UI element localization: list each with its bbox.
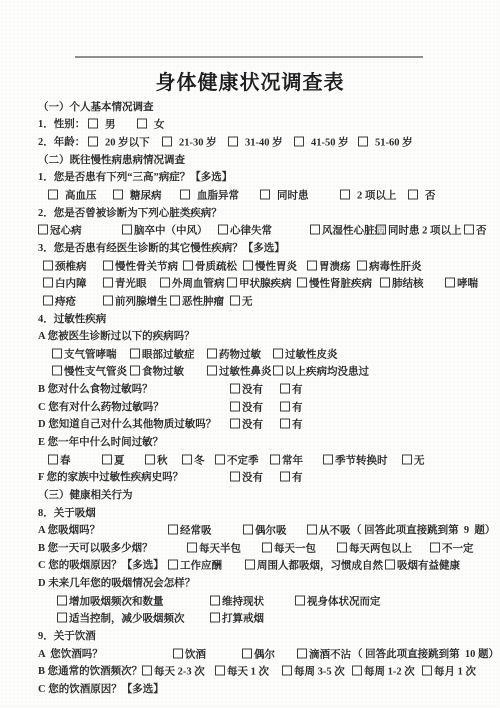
checkbox-option[interactable]: 没有: [230, 384, 263, 397]
checkbox-icon[interactable]: [103, 260, 113, 270]
checkbox-icon[interactable]: [408, 190, 418, 200]
checkbox-option[interactable]: 过敏性鼻炎: [207, 366, 272, 379]
checkbox-option[interactable]: 每周 1-2 次: [352, 666, 415, 679]
checkbox-icon[interactable]: [102, 454, 112, 464]
checkbox-icon[interactable]: [38, 225, 48, 235]
checkbox-option[interactable]: 冬: [182, 454, 205, 467]
checkbox-option[interactable]: 同时患 2 项以上: [376, 225, 462, 238]
option-label: 过敏性鼻炎: [218, 367, 272, 378]
option-label: 41-50 岁: [305, 138, 349, 149]
question-text: A 您饮酒吗？: [38, 649, 103, 661]
checkbox-icon[interactable]: [88, 119, 98, 129]
form-line: C 您的吸烟原因？【多选】工作应酬周围人都吸烟，习惯成自然吸烟有益健康: [0, 558, 500, 576]
option-label: 否: [475, 226, 487, 237]
option-label: 2 项以上: [351, 191, 396, 202]
option-label: 没有: [241, 385, 263, 396]
form-line: （二）既往慢性病患病情况调查: [0, 152, 500, 170]
page-title: 身体健康状况调查表: [0, 66, 500, 95]
checkbox-option[interactable]: 不一定: [430, 542, 474, 555]
checkbox-option[interactable]: 慢性骨关节病: [103, 260, 178, 273]
checkbox-option[interactable]: 脑卒中（中风）: [122, 225, 208, 238]
question-text: 4．过敏性疾病: [38, 314, 106, 326]
checkbox-option[interactable]: 适当控制，减少吸烟频次: [57, 613, 185, 626]
checkbox-icon[interactable]: [337, 542, 347, 552]
checkbox-option[interactable]: 青光眼: [103, 278, 147, 291]
checkbox-icon[interactable]: [310, 225, 320, 235]
option-label: 没有: [241, 420, 263, 431]
checkbox-icon[interactable]: [230, 295, 240, 305]
option-label: 前列腺增生: [114, 296, 168, 307]
form-line: A 您饮酒吗？饮酒偶尔滴酒不沾（ 回答此项直接跳到第 10 题）: [0, 646, 500, 664]
checkbox-icon[interactable]: [243, 525, 253, 535]
option-label: 慢性骨关节病: [114, 261, 178, 272]
question-text: 1．性别：: [38, 119, 85, 131]
option-label: 没有: [241, 473, 263, 484]
checkbox-icon[interactable]: [173, 648, 183, 658]
question-text: A 您被医生诊断过以下的疾病吗？: [38, 331, 195, 343]
checkbox-icon[interactable]: [103, 278, 113, 288]
checkbox-option[interactable]: 偶尔吸: [243, 525, 287, 538]
checkbox-icon[interactable]: [57, 595, 67, 605]
checkbox-icon[interactable]: [52, 348, 62, 358]
checkbox-option[interactable]: 每周 3-5 次: [282, 666, 345, 679]
option-label: 维持现状: [221, 596, 264, 607]
checkbox-icon[interactable]: [43, 278, 53, 288]
checkbox-option[interactable]: 无: [402, 454, 425, 467]
checkbox-option[interactable]: 周围人都吸烟，习惯成自然: [245, 560, 383, 573]
checkbox-option[interactable]: 偶尔: [242, 648, 275, 661]
scanned-survey-page: 身体健康状况调查表 （一）个人基本情况调查1．性别：男女2．年龄：20 岁以下2…: [0, 0, 500, 708]
form-line: 颈椎病慢性骨关节病骨质疏松慢性胃炎胃溃疡病毒性肝炎: [0, 258, 500, 276]
checkbox-icon[interactable]: [380, 278, 390, 288]
option-label: 每周 1-2 次: [363, 667, 415, 678]
checkbox-option[interactable]: 31-40 岁: [228, 137, 283, 150]
option-label: 有: [291, 473, 303, 484]
option-label: 胃溃疡: [318, 261, 351, 272]
checkbox-icon[interactable]: [57, 613, 67, 623]
option-label: 无: [413, 455, 425, 466]
checkbox-option[interactable]: 风湿性心脏病: [310, 225, 385, 238]
option-label: 秋: [156, 455, 168, 466]
checkbox-icon[interactable]: [358, 137, 368, 147]
form-line: 4．过敏性疾病: [0, 311, 500, 329]
checkbox-option[interactable]: 没有: [230, 472, 263, 485]
checkbox-option[interactable]: 外周血管病: [160, 278, 225, 291]
checkbox-icon[interactable]: [280, 384, 290, 394]
form-line: 高血压糖尿病血脂异常同时患2 项以上否: [0, 187, 500, 205]
option-label: 有: [291, 420, 303, 431]
checkbox-icon[interactable]: [262, 542, 272, 552]
option-label: 20 岁以下: [99, 138, 150, 149]
checkbox-option[interactable]: 慢性胃炎: [243, 260, 297, 273]
question-text: C 您的饮酒原因？【多选】: [38, 684, 164, 696]
option-label: 饮酒: [184, 649, 206, 660]
option-label: 每天 1 次: [226, 667, 269, 678]
option-label: 工作应酬: [179, 561, 222, 572]
option-label: 偶尔: [253, 649, 275, 660]
option-label: 无: [241, 296, 253, 307]
form-line: （三）健康相关行为: [0, 487, 500, 505]
checkbox-option[interactable]: 有: [280, 419, 303, 432]
option-label: 高血压: [59, 191, 97, 202]
checkbox-icon[interactable]: [215, 666, 225, 676]
checkbox-icon[interactable]: [323, 454, 333, 464]
checkbox-icon[interactable]: [282, 666, 292, 676]
checkbox-option[interactable]: 哮喘: [445, 278, 478, 291]
checkbox-icon[interactable]: [445, 278, 455, 288]
checkbox-icon[interactable]: [357, 260, 367, 270]
checkbox-option[interactable]: 痔疮: [43, 295, 76, 308]
checkbox-option[interactable]: 男: [88, 119, 116, 132]
option-label: 每天一包: [273, 543, 316, 554]
checkbox-option[interactable]: 维持现状: [210, 595, 264, 608]
form-line: 慢性支气管炎食物过敏过敏性鼻炎以上疾病均没患过: [0, 364, 500, 382]
checkbox-icon[interactable]: [182, 454, 192, 464]
checkbox-icon[interactable]: [180, 190, 190, 200]
checkbox-icon[interactable]: [243, 260, 253, 270]
question-text: A 您吸烟吗？: [38, 525, 100, 537]
checkbox-option[interactable]: 夏: [102, 454, 125, 467]
checkbox-option[interactable]: 吸烟有益健康: [385, 560, 460, 573]
checkbox-option[interactable]: 支气管哮喘: [52, 348, 117, 361]
form-line: 1．您是否患有下列“三高”病症？【多选】: [0, 170, 500, 188]
option-label: 季节转换时: [334, 455, 388, 466]
checkbox-icon[interactable]: [130, 366, 140, 376]
form-line: D 您知道自己对什么其他物质过敏吗？没有有: [0, 417, 500, 435]
question-text: D 您知道自己对什么其他物质过敏吗？: [38, 419, 216, 431]
option-label: 从不吸: [318, 526, 351, 537]
option-label: 脑卒中（中风）: [133, 226, 208, 237]
checkbox-option[interactable]: 肺结核: [380, 278, 424, 291]
form-line: （一）个人基本情况调查: [0, 99, 500, 117]
form-line: A 您吸烟吗？经常吸偶尔吸从不吸（ 回答此项直接跳到第 9 题）: [0, 522, 500, 540]
checkbox-option[interactable]: 高血压: [48, 190, 97, 203]
option-label: 药物过敏: [218, 349, 261, 360]
option-label: 吸烟有益健康: [396, 561, 460, 572]
question-text: C 您的吸烟原因？【多选】: [38, 560, 164, 572]
checkbox-icon[interactable]: [352, 666, 362, 676]
checkbox-option[interactable]: 每天一包: [262, 542, 316, 555]
option-label: 21-30 岁: [173, 138, 217, 149]
checkbox-option[interactable]: 无: [230, 295, 253, 308]
checkbox-icon[interactable]: [187, 542, 197, 552]
option-label: 痔疮: [54, 296, 76, 307]
checkbox-icon[interactable]: [43, 295, 53, 305]
checkbox-option[interactable]: 视身体状况而定: [295, 595, 381, 608]
checkbox-icon[interactable]: [168, 560, 178, 570]
form-line: 9．关于饮酒: [0, 628, 500, 646]
checkbox-option[interactable]: 否: [464, 225, 487, 238]
checkbox-option[interactable]: 食物过敏: [130, 366, 184, 379]
checkbox-icon[interactable]: [122, 225, 132, 235]
checkbox-icon[interactable]: [130, 348, 140, 358]
question-text: E 您一年中什么时间过敏？: [38, 437, 163, 449]
checkbox-option[interactable]: 增加吸烟频次和数量: [57, 595, 164, 608]
checkbox-option[interactable]: 冠心病: [38, 225, 82, 238]
option-label: 每月 1 次: [433, 667, 476, 678]
option-label: 每天两包以上: [348, 543, 412, 554]
option-label: 每周 3-5 次: [293, 667, 345, 678]
checkbox-icon[interactable]: [170, 295, 180, 305]
checkbox-option[interactable]: 21-30 岁: [162, 137, 217, 150]
checkbox-icon[interactable]: [160, 278, 170, 288]
option-label: 不定季: [226, 455, 259, 466]
option-label: 同时患: [271, 191, 309, 202]
option-label: 每天 2-3 次: [153, 667, 205, 678]
option-label: 冬: [193, 455, 205, 466]
option-label: 糖尿病: [124, 191, 162, 202]
option-label: 慢性胃炎: [254, 261, 297, 272]
question-text: F 您的家族中过敏性疾病史吗？: [38, 472, 183, 484]
checkbox-icon[interactable]: [376, 225, 386, 235]
option-label: 支气管哮喘: [63, 349, 117, 360]
checkbox-icon[interactable]: [228, 137, 238, 147]
checkbox-icon[interactable]: [218, 225, 228, 235]
checkbox-icon[interactable]: [207, 348, 217, 358]
question-text: B 您通常的饮酒频次？: [38, 666, 142, 678]
checkbox-icon[interactable]: [294, 137, 304, 147]
form-line: B 您一天可以吸多少烟？每天半包每天一包每天两包以上不一定: [0, 540, 500, 558]
checkbox-option[interactable]: 过敏性皮炎: [273, 348, 338, 361]
section-heading: （二）既往慢性病患病情况调查: [38, 155, 185, 167]
checkbox-option[interactable]: 2 项以上: [340, 190, 396, 203]
option-label: 病毒性肝炎: [368, 261, 422, 272]
checkbox-option[interactable]: 打算戒烟: [210, 613, 264, 626]
checkbox-icon[interactable]: [295, 595, 305, 605]
form-line: 3．您是否患有经医生诊断的其它慢性疾病？【多选】: [0, 240, 500, 258]
option-label: 女: [148, 120, 165, 131]
checkbox-icon[interactable]: [162, 137, 172, 147]
checkbox-option[interactable]: 胃溃疡: [307, 260, 351, 273]
option-label: 甲状腺疾病: [238, 279, 292, 290]
form-line: 适当控制，减少吸烟频次打算戒烟: [0, 611, 500, 629]
checkbox-option[interactable]: 季节转换时: [323, 454, 388, 467]
checkbox-option[interactable]: 饮酒: [173, 648, 206, 661]
checkbox-icon[interactable]: [273, 348, 283, 358]
checkbox-option[interactable]: 白内障: [43, 278, 87, 291]
checkbox-option[interactable]: 20 岁以下: [88, 137, 150, 150]
form-line: 1．性别：男女: [0, 117, 500, 135]
checkbox-icon[interactable]: [210, 613, 220, 623]
form-line: 冠心病脑卒中（中风）心律失常风湿性心脏病同时患 2 项以上否: [0, 222, 500, 240]
checkbox-option[interactable]: 没有: [230, 419, 263, 432]
checkbox-icon[interactable]: [52, 366, 62, 376]
question-text: 8．关于吸烟: [38, 508, 96, 520]
checkbox-icon[interactable]: [142, 666, 152, 676]
checkbox-option[interactable]: 每天 1 次: [215, 666, 269, 679]
question-text: 2．您是否曾被诊断为下列心脏类疾病？: [38, 208, 222, 220]
option-label: 血脂异常: [191, 191, 239, 202]
checkbox-option[interactable]: 同时患: [260, 190, 309, 203]
option-label: 经常吸: [179, 526, 212, 537]
form-line: B 您对什么食物过敏吗？没有有: [0, 381, 500, 399]
checkbox-icon[interactable]: [230, 472, 240, 482]
checkbox-icon[interactable]: [307, 525, 317, 535]
checkbox-option[interactable]: 工作应酬: [168, 560, 222, 573]
option-label: 青光眼: [114, 279, 147, 290]
form-line: 增加吸烟频次和数量维持现状视身体状况而定: [0, 593, 500, 611]
checkbox-icon[interactable]: [340, 190, 350, 200]
checkbox-option[interactable]: 每天半包: [187, 542, 241, 555]
option-label: 颈椎病: [54, 261, 87, 272]
option-label: 哮喘: [456, 279, 478, 290]
checkbox-option[interactable]: 颈椎病: [43, 260, 87, 273]
form-line: C 您的饮酒原因？【多选】: [0, 681, 500, 699]
checkbox-icon[interactable]: [48, 190, 58, 200]
option-label: 以上疾病均没患过: [284, 367, 369, 378]
checkbox-option[interactable]: 心律失常: [218, 225, 272, 238]
checkbox-icon[interactable]: [88, 137, 98, 147]
checkbox-icon[interactable]: [230, 419, 240, 429]
option-label: 不一定: [441, 543, 474, 554]
checkbox-icon[interactable]: [210, 595, 220, 605]
option-label: 春: [59, 455, 71, 466]
form-line: B 您通常的饮酒频次？每天 2-3 次每天 1 次每周 3-5 次每周 1-2 …: [0, 664, 500, 682]
checkbox-option[interactable]: 恶性肿瘤: [170, 295, 224, 308]
checkbox-option[interactable]: 秋: [145, 454, 168, 467]
checkbox-icon[interactable]: [307, 260, 317, 270]
option-label: 滴酒不沾: [308, 649, 351, 660]
skip-note: （ 回答此项直接跳到第 9 题）: [351, 525, 495, 537]
form-line: 白内障青光眼外周血管病甲状腺疾病慢性肾脏疾病肺结核哮喘: [0, 275, 500, 293]
checkbox-option[interactable]: 眼部过敏症: [130, 348, 195, 361]
checkbox-option[interactable]: 每天两包以上: [337, 542, 412, 555]
option-label: 有: [291, 385, 303, 396]
checkbox-icon[interactable]: [260, 190, 270, 200]
question-text: D 未来几年您的吸烟情况会怎样？: [38, 578, 195, 590]
checkbox-icon[interactable]: [280, 401, 290, 411]
option-label: 眼部过敏症: [141, 349, 195, 360]
checkbox-option[interactable]: 每月 1 次: [422, 666, 476, 679]
form-line: 8．关于吸烟: [0, 505, 500, 523]
option-label: 51-60 岁: [369, 138, 413, 149]
question-text: B 您一天可以吸多少烟？: [38, 543, 153, 555]
option-label: 男: [99, 120, 116, 131]
checkbox-icon[interactable]: [280, 472, 290, 482]
form-line: A 您被医生诊断过以下的疾病吗？: [0, 328, 500, 346]
question-text: 9．关于饮酒: [38, 631, 96, 643]
checkbox-icon[interactable]: [402, 454, 412, 464]
form-line: D 未来几年您的吸烟情况会怎样？: [0, 575, 500, 593]
option-label: 白内障: [54, 279, 87, 290]
skip-note: （ 回答此项直接跳到第 10 题）: [352, 649, 499, 661]
checkbox-icon[interactable]: [113, 190, 123, 200]
option-label: 慢性支气管炎: [63, 367, 127, 378]
checkbox-icon[interactable]: [48, 454, 58, 464]
checkbox-option[interactable]: 没有: [230, 401, 263, 414]
checkbox-icon[interactable]: [227, 278, 237, 288]
checkbox-option[interactable]: 骨质疏松: [183, 260, 237, 273]
checkbox-icon[interactable]: [230, 401, 240, 411]
option-label: 周围人都吸烟，习惯成自然: [256, 561, 383, 572]
form-line: E 您一年中什么时间过敏？: [0, 434, 500, 452]
checkbox-icon[interactable]: [43, 260, 53, 270]
question-text: 3．您是否患有经医生诊断的其它慢性疾病？【多选】: [38, 243, 285, 255]
checkbox-icon[interactable]: [168, 525, 178, 535]
header-rule: [75, 56, 423, 58]
section-heading: （一）个人基本情况调查: [38, 102, 154, 114]
option-label: 心律失常: [229, 226, 272, 237]
checkbox-icon[interactable]: [103, 295, 113, 305]
option-label: 适当控制，减少吸烟频次: [68, 614, 185, 625]
checkbox-icon[interactable]: [297, 648, 307, 658]
form-line: F 您的家族中过敏性疾病史吗？没有有: [0, 469, 500, 487]
checkbox-icon[interactable]: [145, 454, 155, 464]
checkbox-icon[interactable]: [297, 278, 307, 288]
checkbox-icon[interactable]: [183, 260, 193, 270]
option-label: 每天半包: [198, 543, 241, 554]
checkbox-option[interactable]: 慢性支气管炎: [52, 366, 127, 379]
checkbox-option[interactable]: 药物过敏: [207, 348, 261, 361]
checkbox-option[interactable]: 慢性肾脏疾病: [297, 278, 372, 291]
checkbox-icon[interactable]: [215, 454, 225, 464]
checkbox-option[interactable]: 有: [280, 384, 303, 397]
checkbox-icon[interactable]: [464, 225, 474, 235]
question-text: 2．年龄：: [38, 137, 85, 149]
checkbox-option[interactable]: 女: [137, 119, 165, 132]
checkbox-icon[interactable]: [422, 666, 432, 676]
checkbox-icon[interactable]: [230, 384, 240, 394]
checkbox-option[interactable]: 经常吸: [168, 525, 212, 538]
question-text: 1．您是否患有下列“三高”病症？【多选】: [38, 172, 232, 184]
checkbox-option[interactable]: 从不吸: [307, 525, 351, 538]
checkbox-option[interactable]: 有: [280, 401, 303, 414]
checkbox-icon[interactable]: [280, 419, 290, 429]
section-heading: （三）健康相关行为: [38, 490, 133, 502]
checkbox-option[interactable]: 病毒性肝炎: [357, 260, 422, 273]
checkbox-option[interactable]: 41-50 岁: [294, 137, 349, 150]
checkbox-option[interactable]: 前列腺增生: [103, 295, 168, 308]
survey-form: （一）个人基本情况调查1．性别：男女2．年龄：20 岁以下21-30 岁31-4…: [0, 99, 500, 699]
form-line: C 您有对什么药物过敏吗？没有有: [0, 399, 500, 417]
checkbox-option[interactable]: 滴酒不沾: [297, 648, 351, 661]
checkbox-option[interactable]: 有: [280, 472, 303, 485]
option-label: 外周血管病: [171, 279, 225, 290]
checkbox-icon[interactable]: [273, 366, 283, 376]
checkbox-option[interactable]: 51-60 岁: [358, 137, 413, 150]
option-label: 恶性肿瘤: [181, 296, 224, 307]
checkbox-option[interactable]: 血脂异常: [180, 190, 239, 203]
option-label: 骨质疏松: [194, 261, 237, 272]
checkbox-icon[interactable]: [137, 119, 147, 129]
checkbox-option[interactable]: 每天 2-3 次: [142, 666, 205, 679]
checkbox-option[interactable]: 甲状腺疾病: [227, 278, 292, 291]
option-label: 肺结核: [391, 279, 424, 290]
option-label: 打算戒烟: [221, 614, 264, 625]
checkbox-icon[interactable]: [242, 648, 252, 658]
checkbox-icon[interactable]: [270, 454, 280, 464]
checkbox-icon[interactable]: [385, 560, 395, 570]
checkbox-option[interactable]: 不定季: [215, 454, 259, 467]
option-label: 偶尔吸: [254, 526, 287, 537]
checkbox-icon[interactable]: [207, 366, 217, 376]
checkbox-option[interactable]: 以上疾病均没患过: [273, 366, 369, 379]
form-line: 2．年龄：20 岁以下21-30 岁31-40 岁41-50 岁51-60 岁: [0, 134, 500, 152]
question-text: C 您有对什么药物过敏吗？: [38, 402, 164, 414]
form-line: 痔疮前列腺增生恶性肿瘤无: [0, 293, 500, 311]
form-line: 2．您是否曾被诊断为下列心脏类疾病？: [0, 205, 500, 223]
checkbox-option[interactable]: 糖尿病: [113, 190, 162, 203]
option-label: 食物过敏: [141, 367, 184, 378]
option-label: 同时患 2 项以上: [387, 226, 462, 237]
option-label: 增加吸烟频次和数量: [68, 596, 164, 607]
checkbox-option[interactable]: 常年: [270, 454, 303, 467]
option-label: 没有: [241, 402, 263, 413]
checkbox-icon[interactable]: [430, 542, 440, 552]
checkbox-icon[interactable]: [245, 560, 255, 570]
checkbox-option[interactable]: 否: [408, 190, 436, 203]
checkbox-option[interactable]: 春: [48, 454, 71, 467]
